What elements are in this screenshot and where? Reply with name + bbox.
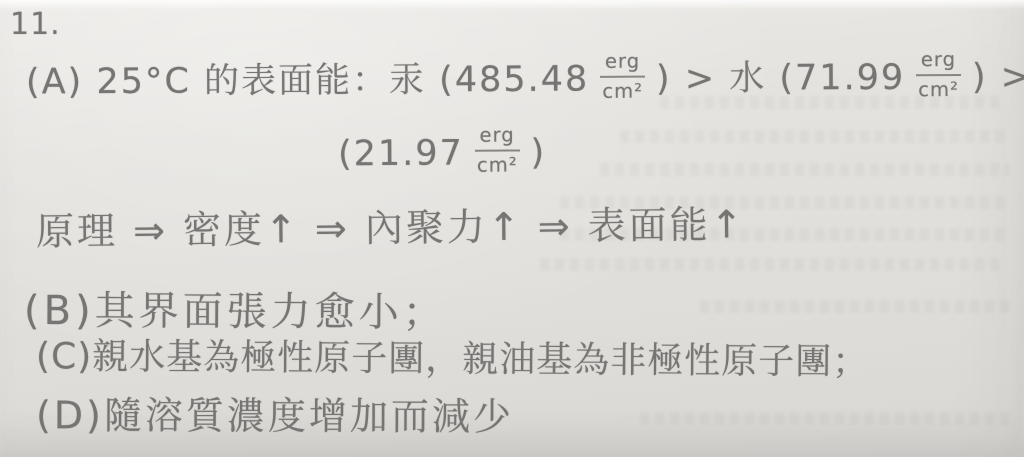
fraction-denominator: cm²: [472, 151, 523, 175]
answer-c-label: (C): [36, 336, 93, 377]
answer-a-suffix: ) > 乙醇: [972, 57, 1024, 98]
answer-line-d: (D)隨溶質濃度增加而減少: [36, 395, 514, 438]
answer-line-a: (A) 25°C 的表面能：汞 (485.48ergcm²) > 水 (71.9…: [26, 53, 1024, 108]
answer-line-a-continuation: (21.97ergcm²): [338, 129, 547, 180]
answer-a-continuation-close: ): [530, 133, 546, 173]
answer-a-prefix: 25°C 的表面能：汞 (485.48: [96, 60, 589, 103]
answer-line-c: (C)親水基為極性原子團，親油基為非極性原子團；: [36, 337, 870, 382]
answer-c-text: 親水基為極性原子團，親油基為非極性原子團；: [92, 336, 869, 382]
bleed-through-row: [620, 130, 1010, 143]
answer-a-label: (A): [26, 62, 83, 102]
answer-b-text: 其界面張力愈小；: [95, 288, 447, 336]
problem-number: 11.: [10, 8, 61, 41]
erg-per-cm2-fraction: ergcm²: [472, 125, 523, 175]
bleed-through-row: [700, 300, 1010, 313]
fraction-numerator: erg: [474, 125, 519, 151]
fraction-denominator: cm²: [913, 76, 964, 100]
answer-d-text: 隨溶質濃度增加而減少: [104, 393, 514, 438]
fraction-numerator: erg: [600, 52, 645, 78]
bleed-through-row: [640, 412, 1010, 425]
erg-per-cm2-fraction: ergcm²: [597, 52, 648, 101]
answer-a-mid: ) > 水 (71.99: [656, 58, 905, 99]
fraction-denominator: cm²: [597, 77, 648, 101]
bleed-through-row: [600, 163, 1010, 176]
answer-line-b: (B)其界面張力愈小；: [24, 289, 447, 335]
erg-per-cm2-fraction: ergcm²: [913, 50, 964, 99]
fraction-numerator: erg: [916, 50, 961, 76]
answer-a-continuation-open: (21.97: [338, 133, 464, 174]
principle-line: 原理 ⇒ 密度↑ ⇒ 內聚力↑ ⇒ 表面能↑: [36, 204, 746, 253]
answer-b-label: (B): [24, 288, 95, 334]
answer-d-label: (D): [36, 393, 104, 437]
notebook-paper-photo: 11. (A) 25°C 的表面能：汞 (485.48ergcm²) > 水 (…: [0, 0, 1024, 457]
bleed-through-row: [540, 258, 1000, 271]
paper-top-highlight: [0, 0, 1024, 9]
